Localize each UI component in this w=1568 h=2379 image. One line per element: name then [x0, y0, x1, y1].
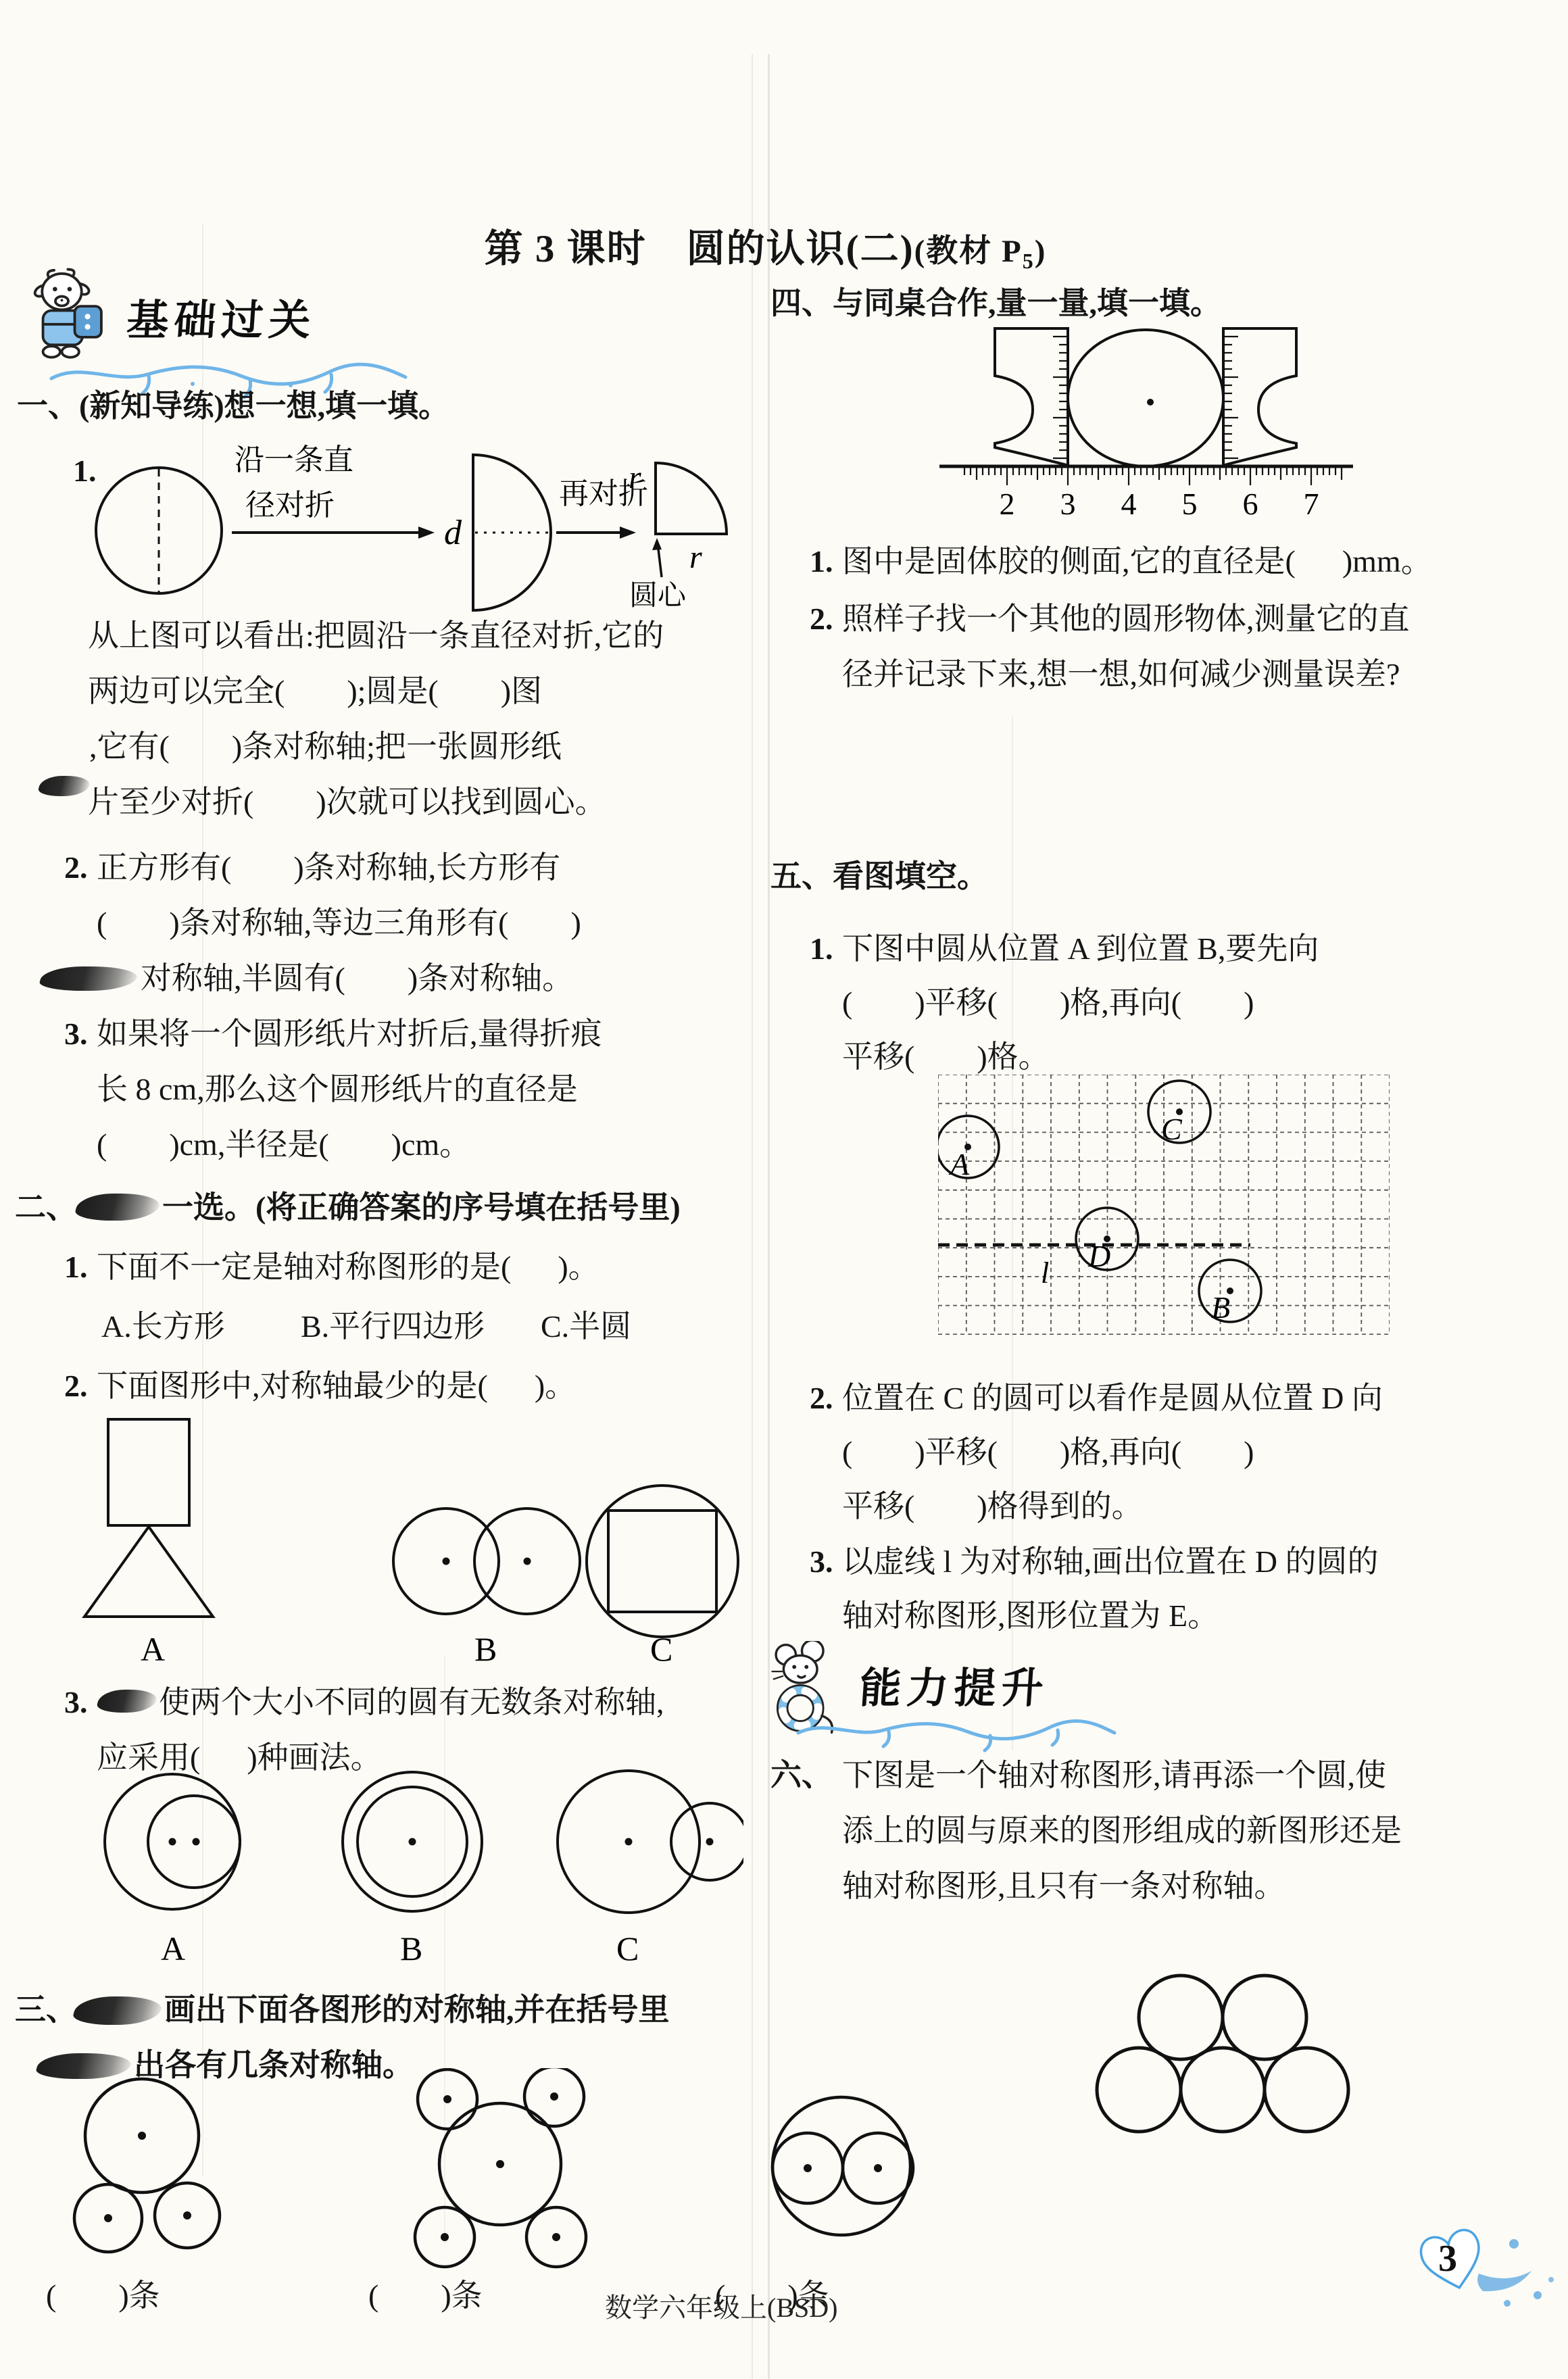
footer-book-title: 数学六年级上(BSD): [605, 2291, 837, 2325]
grid-label-D: D: [1087, 1239, 1110, 1273]
q2-text-line: 平移( )格得到的。: [842, 1487, 1143, 1526]
ink-smudge: [71, 1996, 164, 2025]
q2-text-line: 径并记录下来,想一想,如何减少测量误差?: [842, 655, 1400, 694]
center-dot: [625, 1838, 633, 1846]
q1-text-line: 下图中圆从位置 A 到位置 B,要先向: [842, 929, 1319, 968]
d-label: d: [444, 514, 462, 552]
textbook-ref-page: 5: [1023, 249, 1035, 273]
page-number: 3: [1438, 2238, 1457, 2280]
right-square-tool: [1223, 328, 1296, 465]
ink-smudge: [95, 1690, 159, 1713]
q3-number: 3.: [64, 1683, 88, 1722]
circle-fold-diagram: 沿一条直 径对折 d 再对折 r r 圆心: [57, 433, 733, 625]
q2-number: 2.: [810, 599, 833, 639]
fold-line: [752, 54, 753, 2379]
triangle-shape: [84, 1527, 213, 1617]
figure-label: B: [474, 1630, 497, 1668]
q3-text-line: 以虚线 l 为对称轴,画出位置在 D 的圆的: [842, 1542, 1379, 1581]
q2-text-line: 对称轴,半圆有( )条对称轴。: [141, 959, 573, 998]
q2-text-line: 位置在 C 的圆可以看作是圆从位置 D 向: [842, 1379, 1383, 1418]
section2-prefix: 二、: [15, 1188, 77, 1227]
q3-number: 3.: [810, 1542, 833, 1581]
figure-label: C: [616, 1930, 639, 1967]
arrowhead-icon: [652, 538, 662, 550]
q3-text-line: ( )cm,半径是( )cm。: [97, 1125, 470, 1164]
q2-text: 下面图形中,对称轴最少的是( )。: [97, 1367, 576, 1406]
q1-text-line: 平移( )格。: [842, 1037, 1050, 1077]
axis-count-blank: ( )条: [368, 2276, 483, 2315]
fold-line: [768, 54, 770, 2379]
fold1-label-line2: 径对折: [245, 489, 335, 522]
fold1-label-line1: 沿一条直: [235, 443, 353, 476]
ruler-number: 5: [1182, 487, 1198, 521]
ink-smudge: [36, 776, 91, 796]
q1-text-line: 从上图可以看出:把圆沿一条直径对折,它的: [88, 616, 664, 656]
left-blade-ticks: [1053, 337, 1068, 458]
q3-text-line: 长 8 cm,那么这个圆形纸片的直径是: [97, 1070, 578, 1109]
section2-heading: 一选。(将正确答案的序号填在括号里): [162, 1188, 681, 1227]
q-text-line: 轴对称图形,且只有一条对称轴。: [842, 1867, 1285, 1906]
figure-label: A: [141, 1630, 165, 1668]
q1-text-line: 两边可以完全( );圆是( )图: [88, 672, 542, 711]
q2-text-line: 照样子找一个其他的圆形物体,测量它的直: [842, 599, 1410, 639]
center-dot: [524, 1558, 531, 1565]
section3-prefix: 三、: [15, 1990, 77, 2030]
quarter-circle: [656, 463, 727, 534]
ruler-number: 4: [1121, 487, 1137, 521]
figure-label: C: [650, 1630, 672, 1668]
center-dot: [443, 1558, 450, 1565]
inscribed-rectangle: [608, 1511, 716, 1612]
q2-number: 2.: [64, 1367, 88, 1406]
circle-groups-figure: [41, 2068, 946, 2274]
axis-count-blank: ( )条: [46, 2276, 160, 2315]
r-label-bottom: r: [689, 539, 702, 575]
q1-number: 1.: [64, 1248, 88, 1287]
worksheet-page: 第 3 课时 圆的认识(二)(教材 P5) 基础过关: [0, 0, 1568, 2379]
page-title-main: 第 3 课时 圆的认识(二): [485, 228, 914, 270]
section1-heading: 一、(新知导练)想一想,填一填。: [17, 387, 449, 426]
q1-text-line: 片至少对折( )次就可以找到圆心。: [88, 783, 606, 822]
section6-prefix: 六、: [770, 1756, 833, 1795]
q2-text-line: 正方形有( )条对称轴,长方形有: [97, 848, 560, 887]
q1-text: 图中是固体胶的侧面,它的直径是( )mm。: [842, 542, 1432, 581]
right-blade-ticks: [1223, 337, 1238, 458]
q3-text-line: 如果将一个圆形纸片对折后,量得折痕: [97, 1014, 602, 1054]
q2-text-line: ( )条对称轴,等边三角形有( ): [97, 904, 581, 943]
textbook-ref: (教材 P: [914, 234, 1023, 269]
wavy-divider: [794, 1715, 1119, 1756]
section5-heading: 五、看图填空。: [770, 857, 988, 896]
center-dot: [706, 1838, 714, 1846]
grid-label-A: A: [948, 1147, 970, 1181]
q2-number: 2.: [810, 1379, 833, 1418]
rectangle-shape: [108, 1419, 189, 1525]
badge-basics-label: 基础过关: [125, 287, 318, 347]
grid-label-l: l: [1041, 1256, 1049, 1290]
option-a: A.长方形: [101, 1307, 225, 1346]
r-label-top: r: [629, 460, 641, 495]
page-number-heart: 3: [1399, 2209, 1568, 2330]
option-b: B.平行四边形: [301, 1307, 485, 1346]
arrowhead-icon: [418, 526, 435, 539]
two-circle-drawings-figure: A B C: [68, 1757, 743, 1980]
left-square-tool: [995, 328, 1068, 465]
q1-text: 下面不一定是轴对称图形的是( )。: [97, 1248, 599, 1287]
center-dot: [409, 1838, 416, 1846]
stacked-circles-figure: [1081, 1946, 1392, 2149]
center-dot: [169, 1838, 176, 1846]
q-text-line: 添上的圆与原来的图形组成的新图形还是: [842, 1811, 1402, 1850]
q3-text-line: 使两个大小不同的圆有无数条对称轴,: [159, 1683, 664, 1722]
glue-stick-measuring-figure: 2 3 4 5 6 7: [899, 316, 1372, 526]
section3-heading-line1: 画出下面各图形的对称轴,并在括号里: [164, 1990, 670, 2030]
ink-smudge: [38, 966, 140, 991]
q2-number: 2.: [64, 848, 88, 887]
ruler-number: 3: [1060, 487, 1076, 521]
symmetry-shapes-figure: A B C: [68, 1409, 743, 1676]
q-text-line: 下图是一个轴对称图形,请再添一个圆,使: [842, 1756, 1386, 1795]
badge-advanced-label: 能力提升: [858, 1654, 1051, 1715]
ruler-ticks: [964, 468, 1342, 485]
ruler-number: 7: [1304, 487, 1319, 521]
q2-text-line: ( )平移( )格,再向( ): [842, 1433, 1254, 1472]
q1-number: 1.: [810, 542, 833, 581]
glue-stick-circle: [1068, 330, 1223, 466]
grid-label-B: B: [1211, 1290, 1230, 1325]
grid-label-C: C: [1161, 1112, 1183, 1146]
translation-grid-figure: A C D B l: [938, 1075, 1390, 1335]
q1-number: 1.: [810, 929, 833, 968]
arrowhead-icon: [620, 526, 636, 539]
ruler-number: 2: [1000, 487, 1015, 521]
option-c: C.半圆: [541, 1307, 631, 1346]
q1-text-line: ( )平移( )格,再向( ): [842, 983, 1254, 1023]
q3-number: 3.: [64, 1014, 88, 1054]
figure-label: A: [161, 1930, 185, 1967]
figure-label: B: [400, 1930, 422, 1967]
circle-center-label: 圆心: [629, 581, 687, 612]
center-dot: [193, 1838, 200, 1846]
ruler-number: 6: [1243, 487, 1258, 521]
q3-text-line: 轴对称图形,图形位置为 E。: [842, 1596, 1219, 1636]
splash-decoration: [1477, 2239, 1554, 2307]
q1-text-line: ,它有( )条对称轴;把一张圆形纸: [89, 727, 562, 766]
ink-smudge: [73, 1194, 162, 1221]
center-dot: [1147, 399, 1154, 406]
